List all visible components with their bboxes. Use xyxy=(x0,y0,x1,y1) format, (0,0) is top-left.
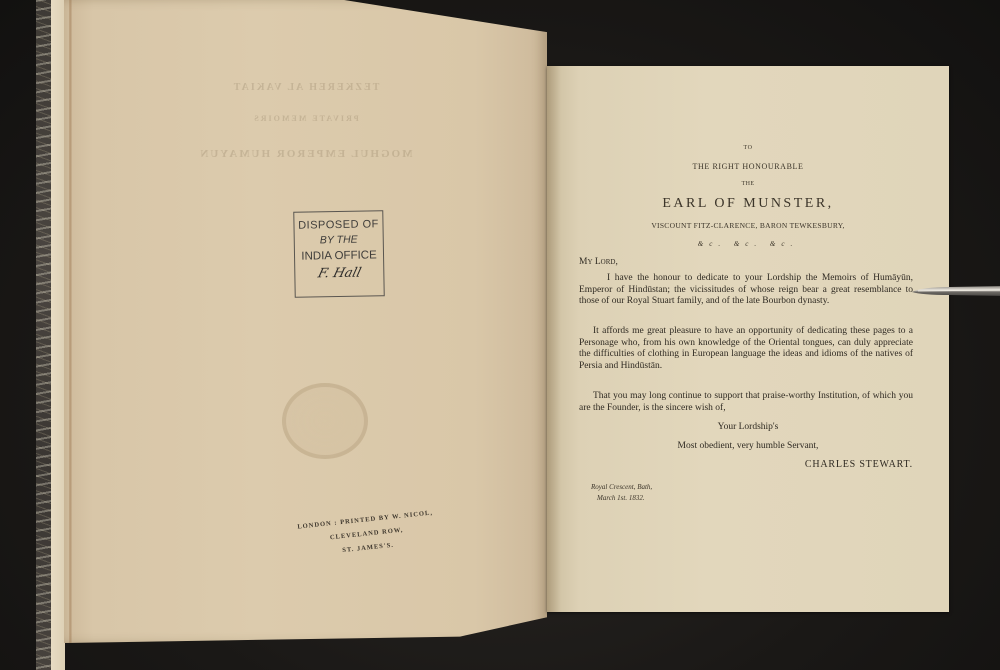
dedicatee-titles: VISCOUNT FITZ-CLARENCE, BARON TEWKESBURY… xyxy=(547,221,949,230)
flyleaf-edge xyxy=(51,0,65,670)
paragraph: I have the honour to dedicate to your Lo… xyxy=(579,273,913,308)
dedication-to: TO xyxy=(547,145,949,151)
paragraph: That you may long continue to support th… xyxy=(579,391,913,414)
place-date: Royal Crescent, Bath, March 1st. 1832. xyxy=(591,482,652,504)
bleed-through-text: MOGHUL EMPEROR HUMAYUN xyxy=(64,148,547,160)
dedication-the: THE xyxy=(547,181,949,187)
stamp-line: INDIA OFFICE xyxy=(295,247,383,266)
date: March 1st. 1832. xyxy=(591,493,652,504)
stamp-signature: F. Hall xyxy=(293,264,385,284)
bleed-through-vignette xyxy=(282,383,368,459)
marbled-board-edge xyxy=(36,0,51,670)
closing-line: Most obedient, very humble Servant, xyxy=(547,441,949,451)
india-office-stamp: DISPOSED OF BY THE INDIA OFFICE F. Hall xyxy=(293,210,384,298)
page-fold-line xyxy=(69,0,72,643)
dedication-page: TO THE RIGHT HONOURABLE THE EARL OF MUNS… xyxy=(547,66,949,612)
salutation: My Lord, xyxy=(579,257,618,267)
dedicatee-etc: &c. &c. &c. xyxy=(547,240,949,248)
signer-name: CHARLES STEWART. xyxy=(805,459,913,470)
dedicatee-name: EARL OF MUNSTER, xyxy=(547,196,949,212)
stamp-line: BY THE xyxy=(295,232,383,249)
bleed-through-text: TEZKEREH AL VAKIAT xyxy=(64,82,547,93)
place: Royal Crescent, Bath, xyxy=(591,482,652,493)
closing-line: Your Lordship's xyxy=(547,422,949,432)
paragraph: It affords me great pleasure to have an … xyxy=(579,326,913,372)
bleed-through-text: PRIVATE MEMOIRS xyxy=(64,114,547,123)
stamp-line: DISPOSED OF xyxy=(294,217,382,234)
dedication-honourable: THE RIGHT HONOURABLE xyxy=(547,162,949,171)
page-knife-icon xyxy=(910,284,1000,298)
